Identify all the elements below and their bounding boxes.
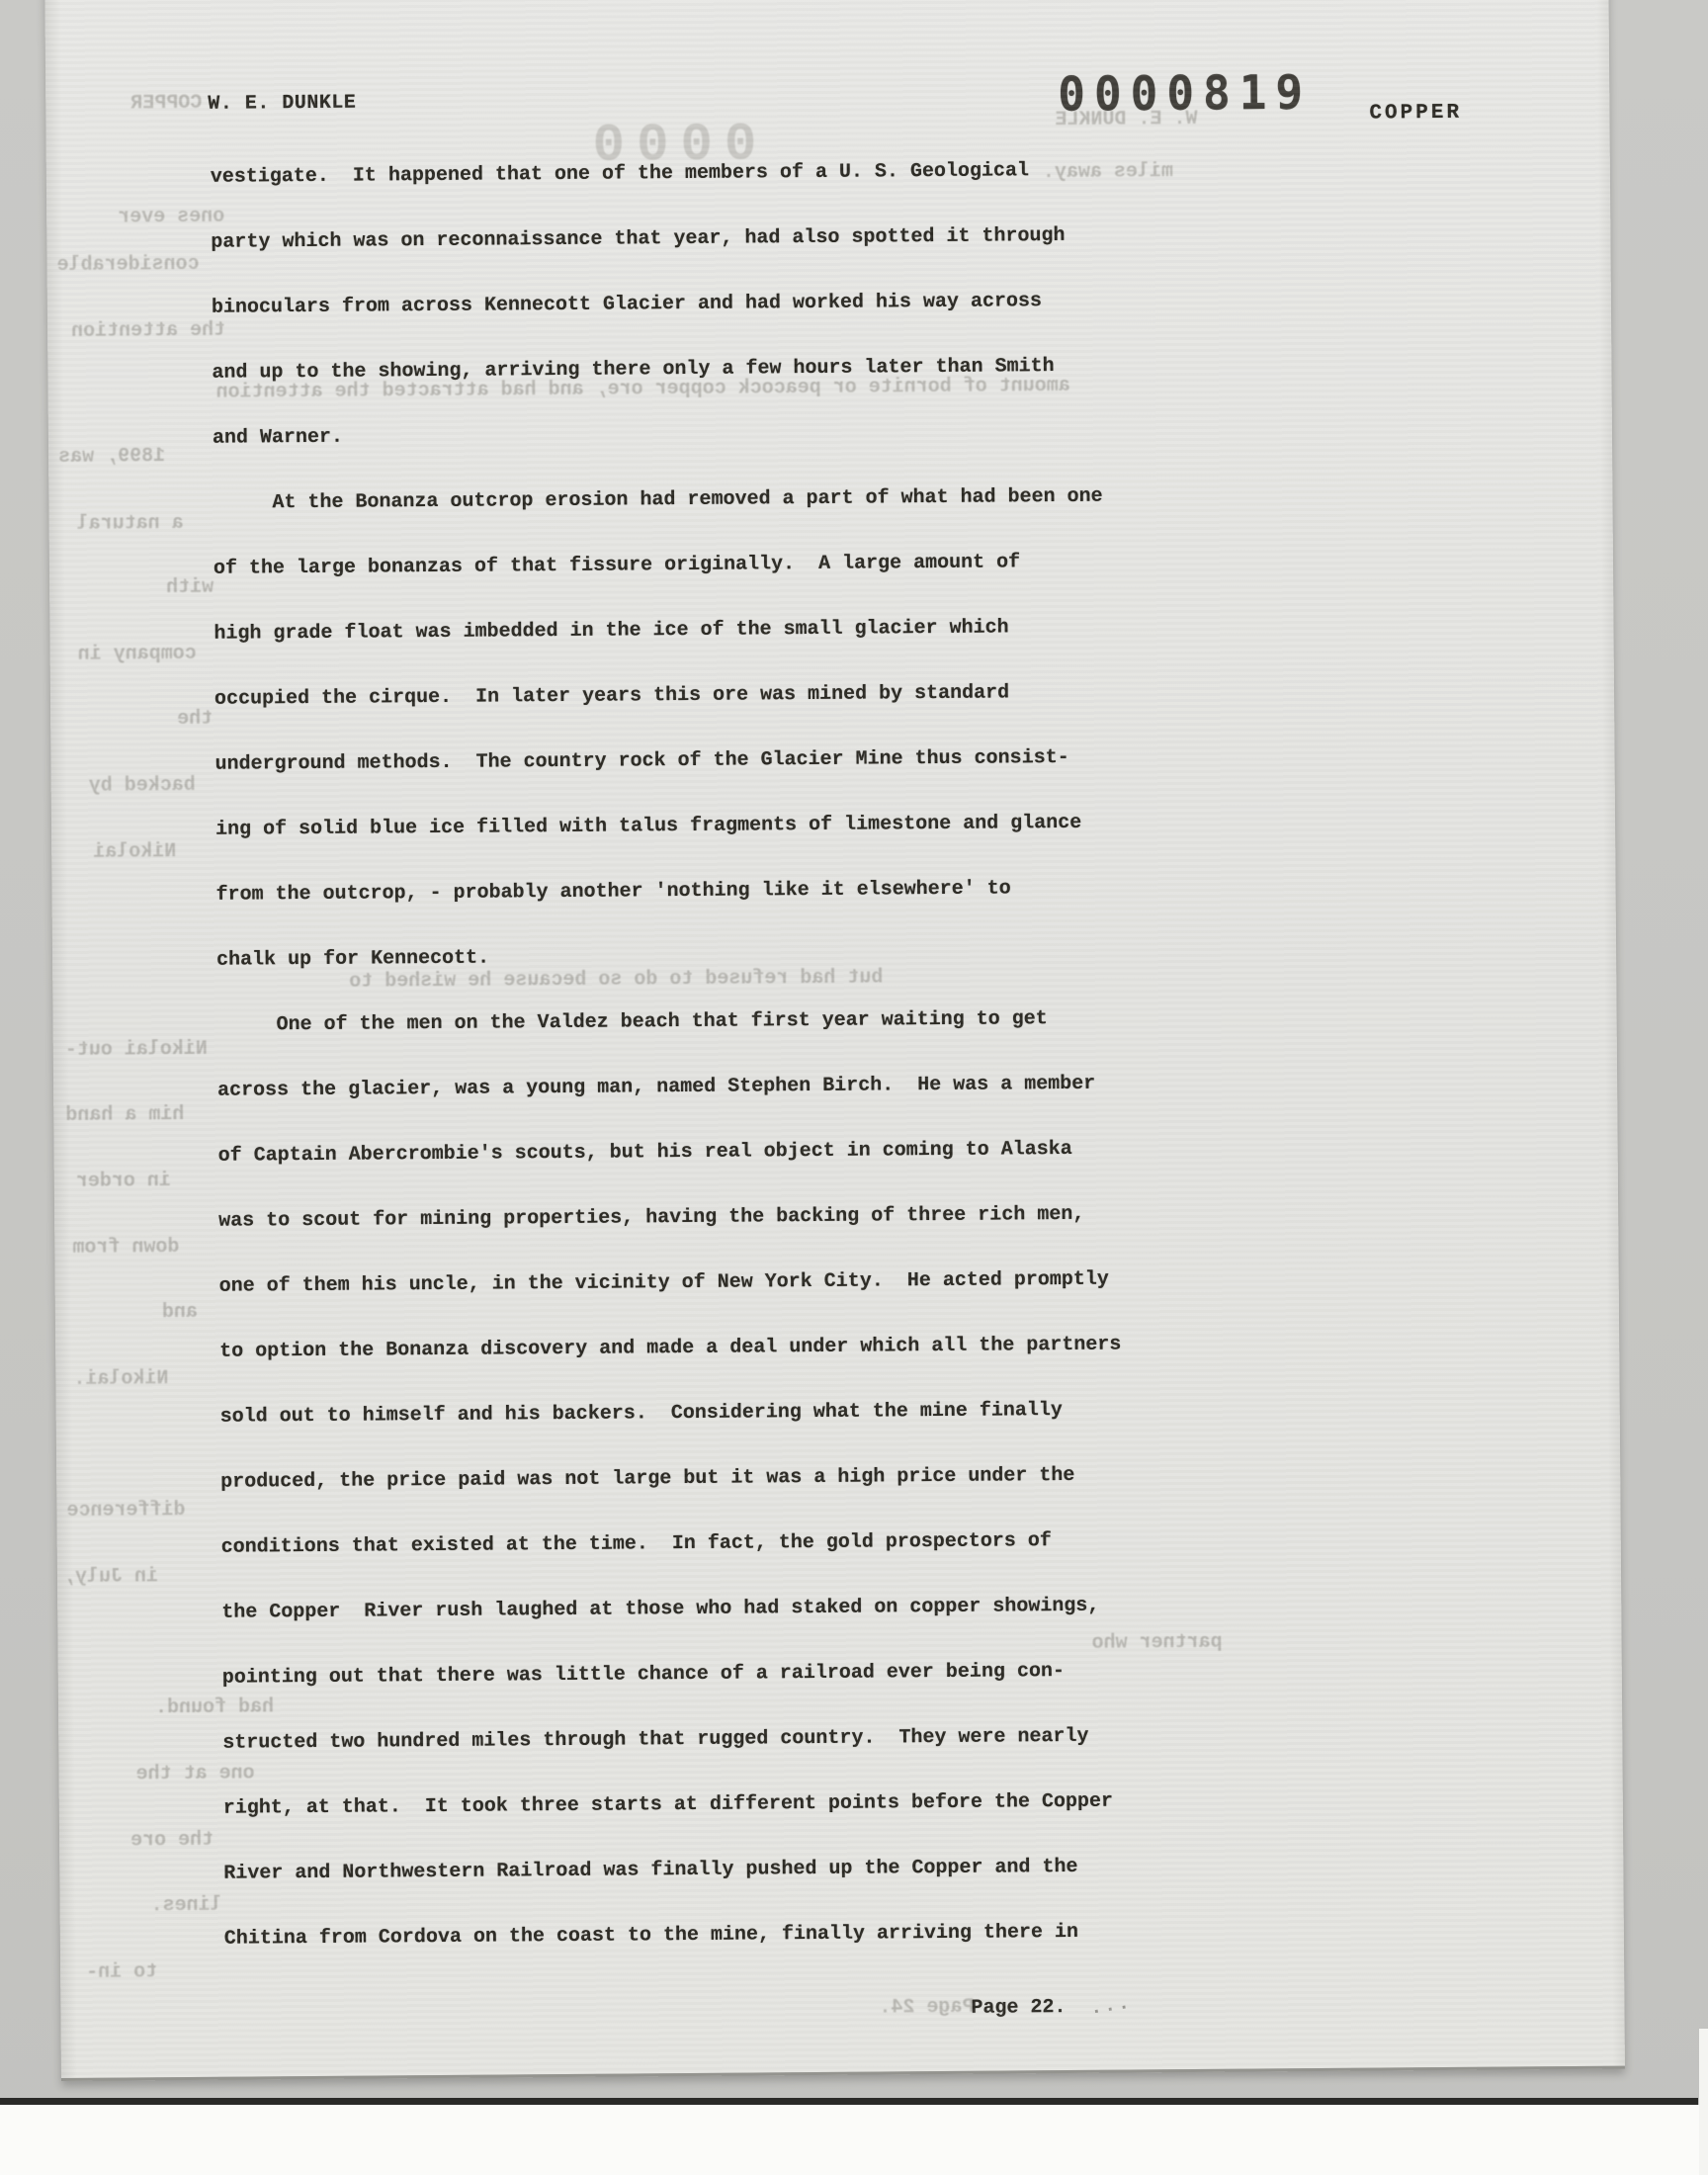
bleedthrough-text: the ore [130,1831,213,1852]
typed-line: At the Bonanza outcrop erosion had remov… [213,462,1458,537]
typed-line: from the outcrop, - probably another 'no… [215,853,1461,928]
typed-line: high grade float was imbedded in the ice… [213,592,1459,667]
subject-label: COPPER [1369,103,1462,125]
typed-line: One of the men on the Valdez beach that … [216,984,1462,1059]
typed-line: and Warner. [213,396,1458,472]
scan-edge-white-corner [1699,2029,1708,2175]
typed-line: occupied the cirque. In later years this… [214,657,1460,733]
typed-line: Chitina from Cordova on the coast to the… [224,1897,1470,1972]
scan-edge-dark-line [0,2098,1698,2105]
typed-body: vestigate. It happened that one of the m… [211,135,1470,1972]
paper-sheet: COPPER 0000 W. E. DUNKLE miles away. one… [44,0,1625,2081]
bleedthrough-text: the attention [71,321,225,342]
bleedthrough-text: and [162,1303,198,1323]
ink-smudge: ··· [1089,1998,1133,2024]
bleedthrough-text: Nikolai [93,842,176,863]
bleedthrough-text: with [166,578,213,598]
typed-line: chalk up for Kennecott. [216,918,1462,994]
scan-edge-white-strip [0,2105,1708,2175]
typed-line: of Captain Abercrombie's scouts, but his… [217,1114,1463,1189]
bleedthrough-text: him a hand [65,1105,184,1126]
typed-line: ing of solid blue ice filled with talus … [215,788,1461,863]
bleedthrough-text: ones ever [118,208,224,228]
typed-line: structed two hundred miles through that … [222,1701,1468,1777]
typed-line: one of them his uncle, in the vicinity o… [218,1245,1464,1320]
bleedthrough-text: COPPER [130,94,202,115]
typed-line: of the large bonanzas of that fissure or… [213,527,1459,602]
typed-line: River and Northwestern Railroad was fina… [223,1832,1469,1907]
bleedthrough-text: company in [78,645,197,665]
typed-line: party which was on reconnaissance that y… [211,201,1456,276]
scanned-document-page: COPPER 0000 W. E. DUNKLE miles away. one… [0,0,1708,2175]
typed-line: sold out to himself and his backers. Con… [219,1375,1465,1450]
typed-line: pointing out that there was little chanc… [222,1636,1468,1711]
typed-line: conditions that existed at the time. In … [221,1506,1467,1581]
typed-line: across the glacier, was a young man, nam… [217,1049,1463,1124]
typed-line: produced, the price paid was not large b… [220,1440,1466,1516]
typed-line: right, at that. It took three starts at … [223,1767,1469,1842]
bleedthrough-text: lines. [151,1896,222,1917]
bleedthrough-text: in order [76,1172,171,1192]
typed-line: binoculars from across Kennecott Glacier… [212,266,1457,341]
typed-line: vestigate. It happened that one of the m… [211,135,1456,211]
bleedthrough-text: difference [66,1501,185,1522]
bleedthrough-text: backed by [89,776,196,797]
bleedthrough-text: Nikolai out- [65,1040,208,1061]
typed-line: underground methods. The country rock of… [214,723,1460,798]
bleedthrough-text: down from [72,1238,179,1259]
typed-line: was to scout for mining properties, havi… [218,1179,1464,1255]
bleedthrough-text: to in- [86,1962,157,1983]
bleedthrough-text: a natural [77,514,184,535]
document-number-stamp: 0000819 [1058,68,1312,118]
typed-line: the Copper River rush laughed at those w… [221,1571,1467,1646]
bleedthrough-text: Page 24. [879,1998,974,2019]
bleedthrough-text: in July, [63,1567,158,1588]
author-header: W. E. DUNKLE [208,94,356,115]
bleedthrough-text: the [177,710,213,730]
page-number: Page 22. [971,1998,1066,2019]
typed-line: to option the Bonanza discovery and made… [219,1310,1465,1385]
typed-line: and up to the showing, arriving there on… [212,331,1457,406]
bleedthrough-text: 1899, was [58,447,165,468]
bleedthrough-text: Nikolai. [73,1369,168,1390]
bleedthrough-text: considerable [57,255,200,276]
